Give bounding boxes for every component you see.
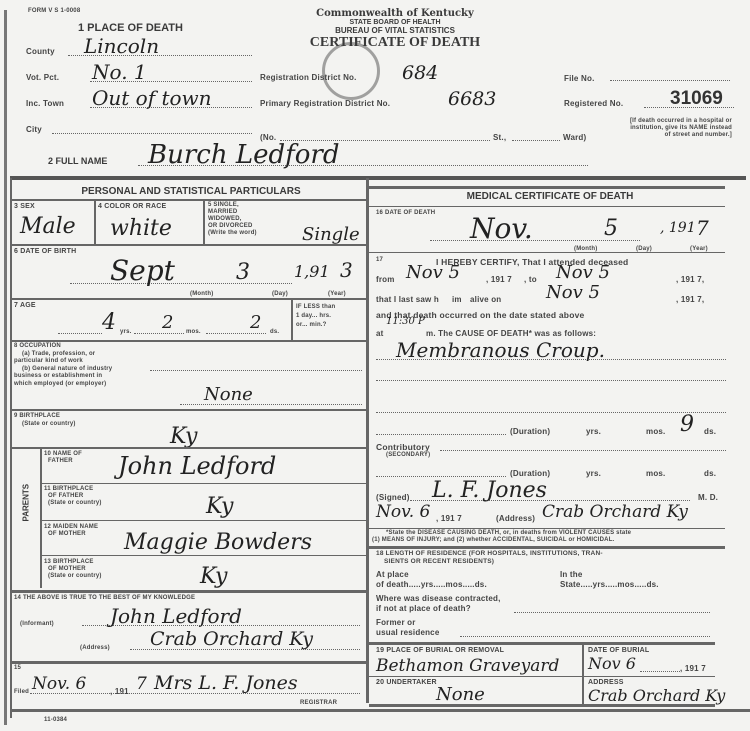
marital-label: 5 SINGLE, MARRIED WIDOWED, OR DIVORCED (…: [208, 202, 257, 237]
dob-month: Sept: [110, 254, 175, 287]
st-label: St.,: [493, 133, 506, 142]
age-months: 2: [162, 312, 173, 333]
personal-section-title: PERSONAL AND STATISTICAL PARTICULARS: [36, 186, 346, 197]
contributory-field: Contributory (SECONDARY): [376, 442, 726, 462]
registered-no-value: 31069: [670, 88, 723, 110]
certify-number: 17: [376, 257, 383, 263]
race-value: white: [110, 216, 172, 241]
signed-address: Crab Orchard Ky: [542, 502, 688, 522]
vot-pct-label: Vot. Pct.: [26, 73, 59, 82]
sex-value: Male: [20, 214, 76, 239]
age-label: 7 AGE: [14, 302, 36, 309]
city-field: City: [26, 118, 252, 136]
file-no-field: File No.: [564, 70, 730, 84]
undertaker-value: None: [436, 684, 485, 705]
father-name-label: 10 NAME OF FATHER: [44, 451, 82, 465]
vot-pct-field: Vot. Pct. No. 1: [26, 66, 252, 84]
registration-district-label: Registration District No.: [260, 73, 357, 82]
signed-date: Nov. 6: [376, 502, 430, 522]
dod-year-suffix: 7: [696, 216, 709, 240]
place-of-death-label: 1 PLACE OF DEATH: [78, 22, 183, 34]
cause-value: Membranous Croup.: [396, 338, 605, 362]
marital-value: Single: [302, 224, 360, 245]
time-of-death: 11:30 P: [386, 316, 425, 327]
cause-field: Membranous Croup.: [376, 342, 726, 364]
county-value: Lincoln: [84, 34, 159, 58]
inc-town-value: Out of town: [92, 86, 212, 110]
cause-footnote: *State the DISEASE CAUSING DEATH, or, in…: [372, 530, 728, 544]
county-field: County Lincoln: [26, 40, 252, 58]
informant-statement: 14 THE ABOVE IS TRUE TO THE BEST OF MY K…: [14, 595, 195, 601]
full-name-label: 2 FULL NAME: [48, 156, 107, 166]
ward-label: Ward): [563, 133, 586, 142]
registrar-value: Mrs L. F. Jones: [154, 672, 298, 694]
mother-birthplace-label: 13 BIRTHPLACE OF MOTHER (State or countr…: [44, 559, 102, 580]
signed-field: (Signed) L. F. Jones M. D.: [376, 484, 726, 504]
undertaker-address-label: ADDRESS: [588, 679, 624, 686]
primary-registration-value: 6683: [448, 88, 496, 110]
primary-registration-label: Primary Registration District No.: [260, 99, 390, 108]
age-years: 4: [102, 310, 116, 335]
dob-month-caption: (Month): [190, 291, 213, 297]
where-contracted: Where was disease contracted, if not at …: [376, 594, 501, 614]
former-residence: Former or usual residence: [376, 618, 439, 638]
dob-year-caption: (Year): [328, 291, 346, 297]
hospital-note: [If death occurred in a hospital or inst…: [628, 118, 732, 139]
burial-date-field: Nov 6 , 191 7: [588, 656, 738, 676]
mother-name-value: Maggie Bowders: [124, 530, 312, 555]
parents-side-label: PARENTS: [22, 498, 31, 522]
burial-place-label: 19 PLACE OF BURIAL OR REMOVAL: [376, 647, 504, 654]
filed-field: Filed Nov. 6 , 191 7 Mrs L. F. Jones: [14, 676, 360, 698]
footer-number: 11-0384: [44, 717, 67, 723]
file-no-label: File No.: [564, 74, 595, 83]
left-border: [4, 10, 7, 725]
burial-date-label: DATE OF BURIAL: [588, 647, 649, 654]
mother-birthplace-value: Ky: [200, 564, 227, 589]
last-saw-field: that I last saw h im alive on Nov 5 , 19…: [376, 286, 726, 306]
certificate-header: Commonwealth of Kentucky STATE BOARD OF …: [290, 8, 500, 51]
dob-year-prefix: 1,91: [294, 262, 330, 281]
filed-date: Nov. 6: [32, 674, 86, 694]
race-label: 4 COLOR OR RACE: [98, 203, 166, 210]
dob-label: 6 DATE OF BIRTH: [14, 248, 76, 255]
contributory-duration-field: (Duration) yrs. mos. ds.: [376, 462, 726, 480]
undertaker-address-value: Crab Orchard Ky: [588, 686, 725, 705]
vot-pct-value: No. 1: [92, 60, 147, 84]
city-label: City: [26, 125, 42, 134]
dod-field: Nov. 5 , 191 7: [430, 218, 730, 246]
occupation-label: 8 OCCUPATION (a) Trade, profession, or p…: [14, 343, 112, 388]
bureau-label: BUREAU OF VITAL STATISTICS: [290, 26, 500, 35]
dob-year-suffix: 3: [340, 258, 353, 282]
informant-address-value: Crab Orchard Ky: [150, 628, 313, 650]
registered-no-label: Registered No.: [564, 99, 623, 108]
full-name-value: Burch Ledford: [148, 140, 340, 170]
age-field: 4 yrs. 2 mos. 2 ds.: [58, 312, 288, 338]
certificate-title: CERTIFICATE OF DEATH: [290, 35, 500, 51]
birthplace-label: 9 BIRTHPLACE (State or country): [14, 412, 76, 428]
dod-day: 5: [604, 216, 618, 241]
residence-at-place: At place of death.....yrs.....mos.....ds…: [376, 570, 487, 590]
occupation-value: None: [204, 384, 253, 405]
father-name-value: John Ledford: [118, 452, 276, 480]
sex-label: 3 SEX: [14, 203, 35, 210]
inc-town-label: Inc. Town: [26, 99, 64, 108]
county-label: County: [26, 47, 55, 56]
father-birthplace-label: 11 BIRTHPLACE OF FATHER (State or countr…: [44, 486, 102, 507]
burial-place-value: Bethamon Graveyard: [376, 656, 559, 676]
registration-district-field: Registration District No. 684: [260, 68, 500, 84]
duration-days-value: 9: [680, 412, 694, 437]
registered-no-field: Registered No. 31069: [564, 88, 734, 112]
dob-field: Sept 3 1,91 3: [70, 262, 360, 290]
mother-name-label: 12 MAIDEN NAME OF MOTHER: [44, 524, 98, 538]
inc-town-field: Inc. Town Out of town: [26, 92, 252, 110]
cause-heading: at 11:30 P m. The CAUSE OF DEATH* was as…: [376, 322, 726, 338]
father-birthplace-value: Ky: [206, 494, 233, 519]
undertaker-label: 20 UNDERTAKER: [376, 679, 437, 686]
board-label: STATE BOARD OF HEALTH: [290, 19, 500, 26]
commonwealth-label: Commonwealth of Kentucky: [290, 8, 500, 19]
to-value: Nov 5: [556, 262, 610, 283]
registration-district-value: 684: [402, 62, 438, 84]
less-than-day-label: IF LESS than 1 day... hrs. or... min.?: [296, 303, 335, 330]
dod-label: 16 DATE OF DEATH: [376, 210, 435, 216]
form-number: FORM V S 1-0008: [28, 8, 80, 14]
signed-value: L. F. Jones: [432, 478, 547, 503]
medical-section-title: MEDICAL CERTIFICATE OF DEATH: [380, 191, 720, 202]
registrar-label: REGISTRAR: [300, 700, 337, 706]
residence-label: 18 LENGTH OF RESIDENCE (FOR HOSPITALS, I…: [376, 550, 603, 566]
death-certificate: FORM V S 1-0008 Commonwealth of Kentucky…: [0, 0, 750, 731]
signed-date-address-field: Nov. 6 , 191 7 (Address) Crab Orchard Ky: [376, 504, 736, 526]
alive-on-value: Nov 5: [546, 282, 600, 303]
burial-date-value: Nov 6: [588, 654, 636, 673]
informant-address-field: (Address) Crab Orchard Ky: [80, 632, 360, 654]
dob-day-caption: (Day): [272, 291, 288, 297]
dob-day: 3: [236, 260, 250, 285]
filed-year: 7: [136, 674, 147, 694]
duration-field: (Duration) yrs. mos. 9 ds.: [376, 420, 726, 438]
filed-number: 15: [14, 665, 21, 671]
residence-in-state: In the State.....yrs.....mos.....ds.: [560, 570, 659, 590]
primary-registration-field: Primary Registration District No. 6683: [260, 94, 520, 110]
from-value: Nov 5: [406, 262, 460, 283]
dod-month: Nov.: [470, 212, 533, 245]
full-name-field: 2 FULL NAME Burch Ledford: [48, 146, 588, 170]
informant-field: (Informant) John Ledford: [20, 608, 360, 630]
informant-value: John Ledford: [110, 604, 242, 628]
age-days: 2: [250, 312, 261, 333]
birthplace-value: Ky: [170, 424, 197, 449]
dod-year-prefix: , 191: [660, 220, 696, 236]
